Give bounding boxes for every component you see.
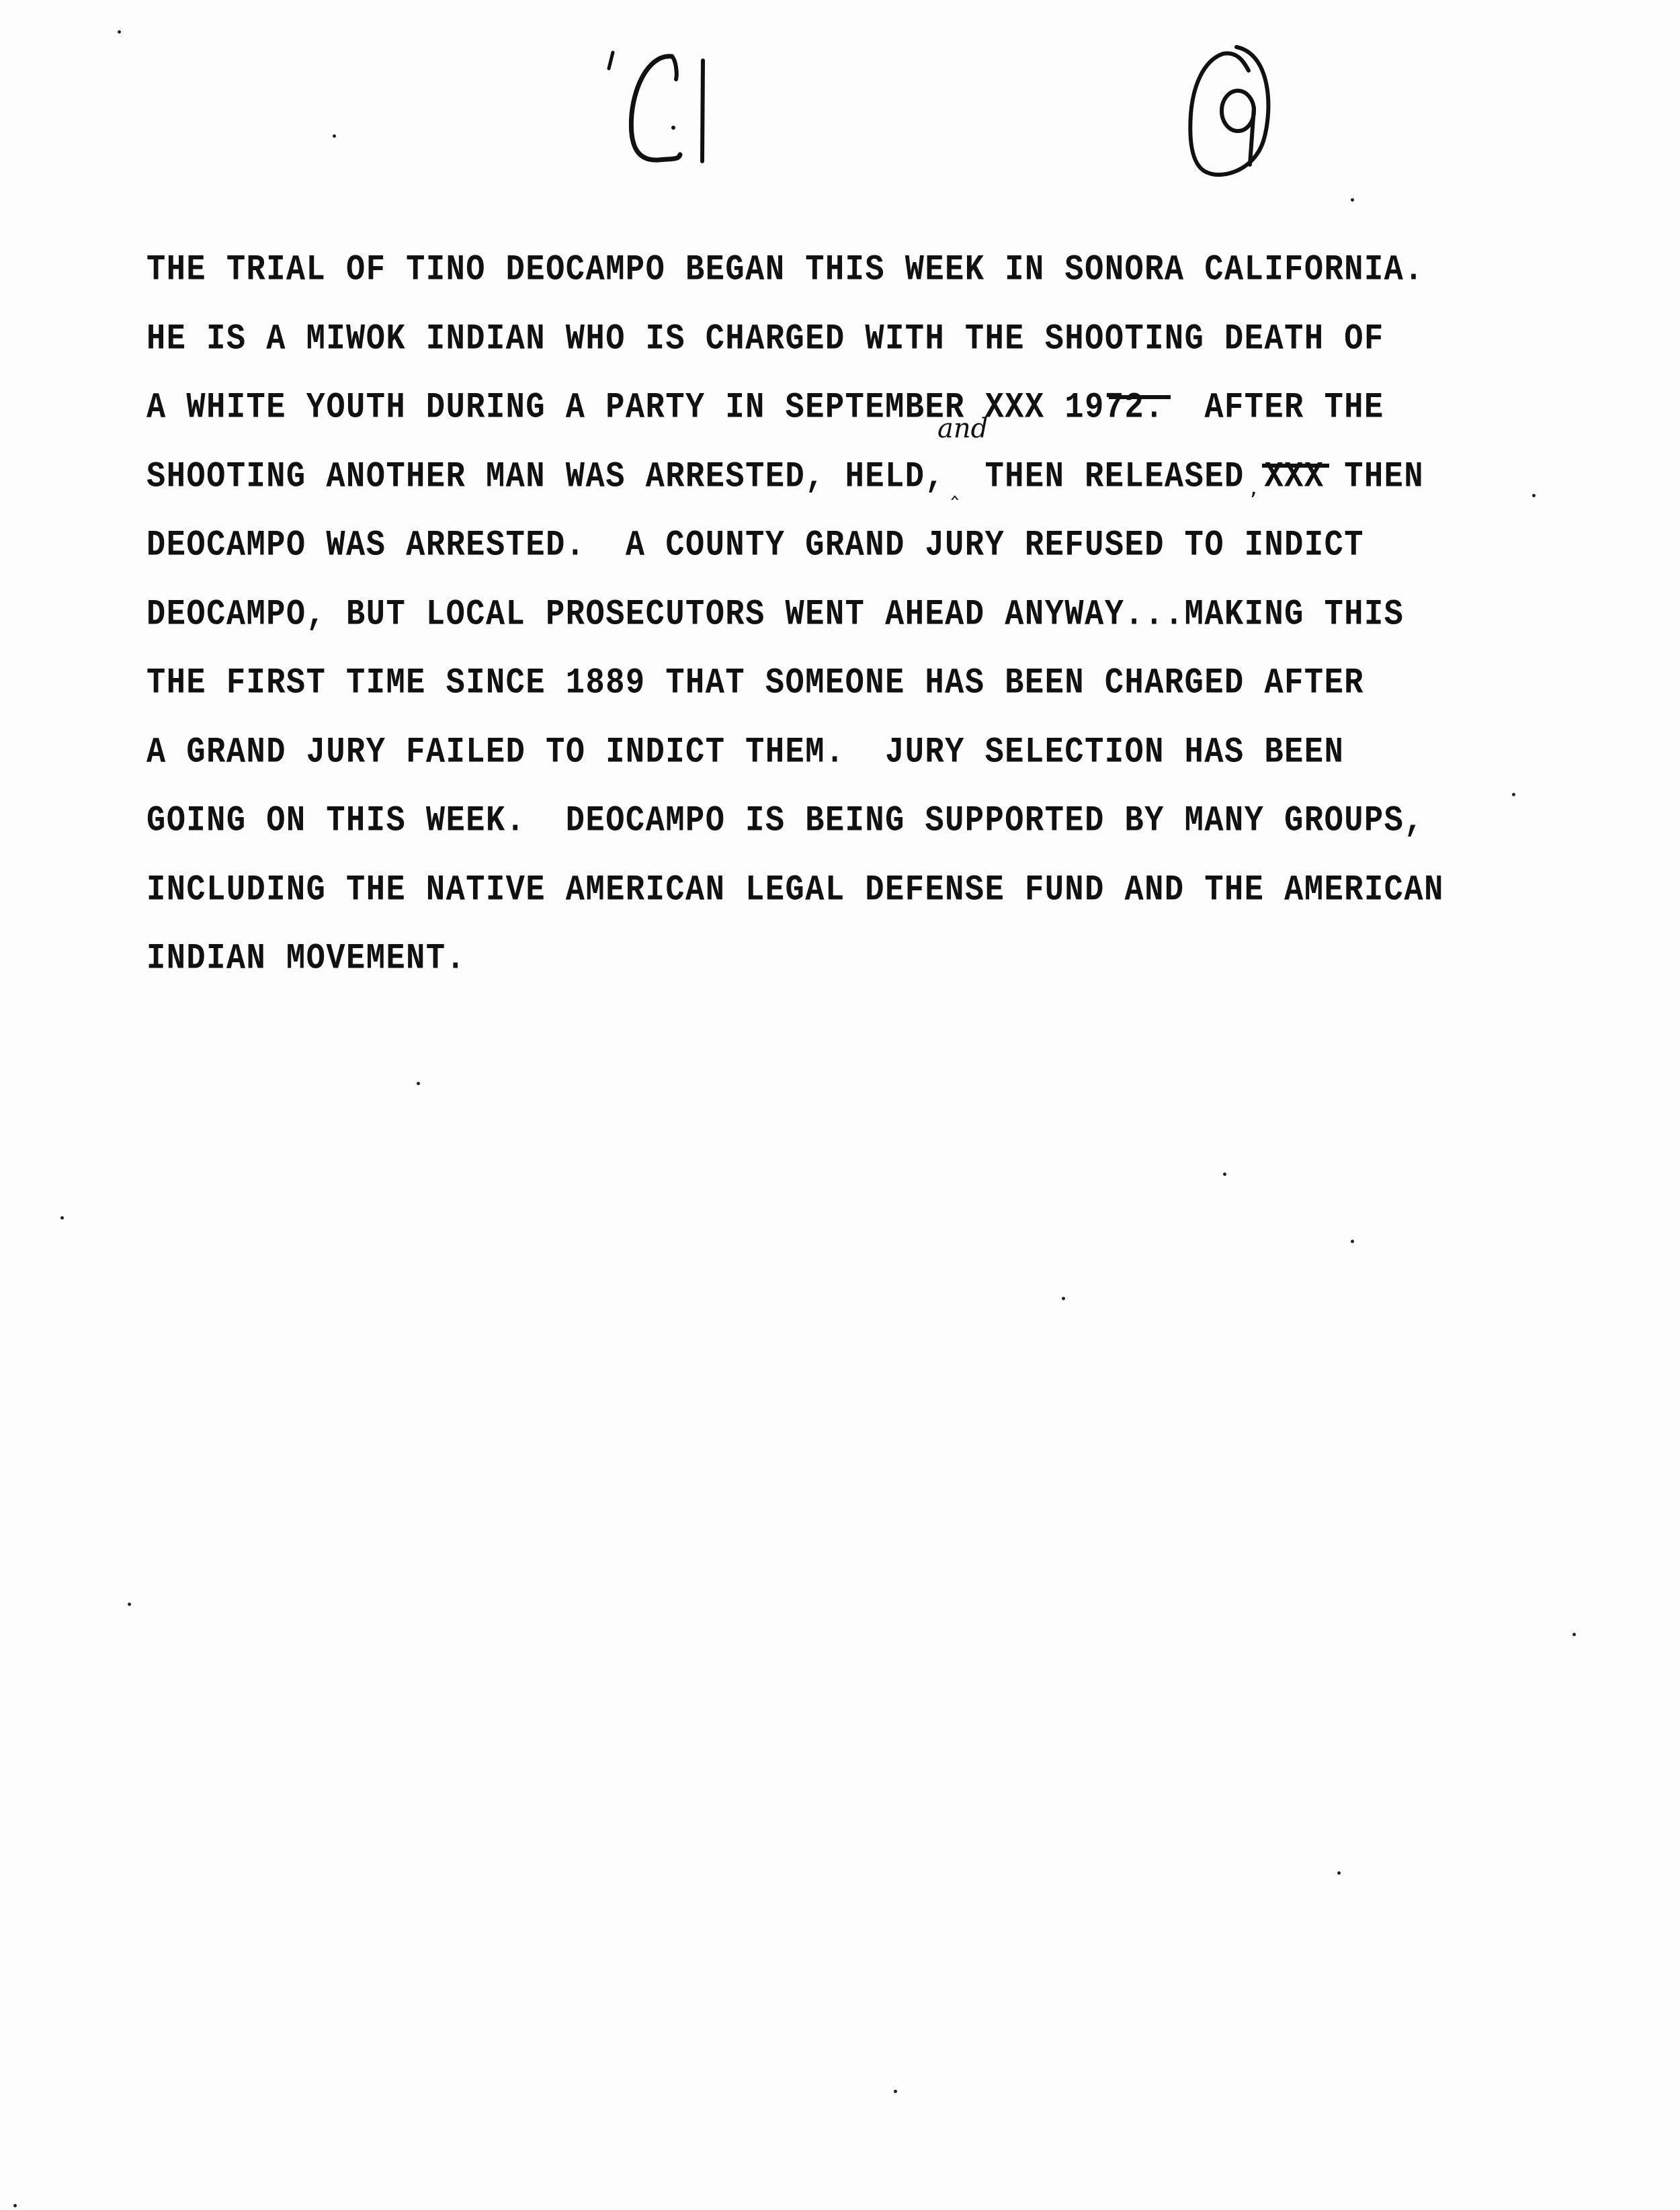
- scan-speck: [1512, 793, 1515, 796]
- typed-line: THE TRIAL OF TINO DEOCAMPO BEGAN THIS WE…: [146, 231, 1591, 310]
- scan-speck: [1572, 1633, 1576, 1636]
- typed-line: A WHITE YOUTH DURING A PARTY IN SEPTEMBE…: [146, 369, 1591, 448]
- scan-speck: [1062, 1297, 1065, 1300]
- typed-line: HE IS A MIWOK INDIAN WHO IS CHARGED WITH…: [146, 300, 1591, 380]
- circled-page-number: [1136, 34, 1290, 188]
- scan-speck: [60, 1216, 64, 1220]
- typed-line: SHOOTING ANOTHER MAN WAS ARRESTED, HELD,…: [146, 438, 1591, 517]
- handwritten-c1-icon: [605, 40, 780, 175]
- scan-speck: [118, 30, 121, 34]
- handwritten-page-label: [605, 40, 780, 175]
- strikeout-mark: [1262, 464, 1329, 468]
- scan-speck: [13, 2204, 17, 2207]
- typed-line: INCLUDING THE NATIVE AMERICAN LEGAL DEFE…: [146, 851, 1591, 931]
- scan-speck: [333, 134, 336, 138]
- typed-line: DEOCAMPO, BUT LOCAL PROSECUTORS WENT AHE…: [146, 576, 1591, 655]
- scan-speck: [128, 1603, 131, 1606]
- scan-speck: [1351, 1240, 1354, 1243]
- circled-nine-icon: [1136, 34, 1290, 188]
- scan-speck: [1351, 198, 1354, 202]
- insertion-caret-icon: ‸: [951, 474, 959, 501]
- scan-speck: [1532, 494, 1536, 497]
- typed-line: INDIAN MOVEMENT.: [146, 920, 1591, 999]
- handwritten-comma: ,: [1250, 474, 1257, 501]
- typed-line: DEOCAMPO WAS ARRESTED. A COUNTY GRAND JU…: [146, 507, 1591, 586]
- scan-speck: [417, 1082, 420, 1085]
- typed-line: A GRAND JURY FAILED TO INDICT THEM. JURY…: [146, 714, 1591, 793]
- typed-line: THE FIRST TIME SINCE 1889 THAT SOMEONE H…: [146, 644, 1591, 724]
- scan-speck: [894, 2090, 897, 2093]
- typed-news-item: THE TRIAL OF TINO DEOCAMPO BEGAN THIS WE…: [146, 237, 1591, 994]
- scan-speck: [1337, 1871, 1341, 1875]
- document-page: THE TRIAL OF TINO DEOCAMPO BEGAN THIS WE…: [0, 0, 1680, 2210]
- scan-speck: [1223, 1173, 1226, 1176]
- handwritten-insertion: and: [937, 413, 988, 444]
- typed-line: GOING ON THIS WEEK. DEOCAMPO IS BEING SU…: [146, 782, 1591, 861]
- strikeout-mark: [1109, 395, 1171, 399]
